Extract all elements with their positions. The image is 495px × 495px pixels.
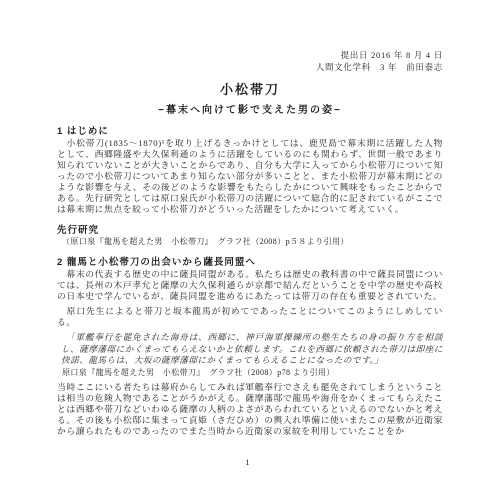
section-heading-prior-research: 先行研究 xyxy=(57,222,443,236)
section2-paragraph-3: 当時ここにいる者たちは幕府からしてみれば軍艦奉行でさえも罷免されてしまうというこ… xyxy=(57,382,443,437)
author-line: 人間文化学科 3 年 前田泰志 xyxy=(57,62,443,74)
page-number: 1 xyxy=(0,457,495,467)
section2-paragraph-2: 原口先生によると帯刀と坂本龍馬が初めてであったことについてこのようにしめしている… xyxy=(57,306,443,328)
introduction-paragraph: 小松帯刀(1835〜1870)¹を取り上げるきっかけとしては、鹿児島で幕末期に活… xyxy=(57,138,443,215)
section-heading-introduction: 1 はじめに xyxy=(57,123,443,137)
document-meta: 提出日 2016 年 8 月 4 日 人間文化学科 3 年 前田泰志 xyxy=(57,50,443,74)
document-page: 提出日 2016 年 8 月 4 日 人間文化学科 3 年 前田泰志 小松帯刀 … xyxy=(0,0,495,495)
submission-date: 提出日 2016 年 8 月 4 日 xyxy=(57,50,443,62)
page-subtitle: −幕末へ向けて影で支えた男の姿− xyxy=(57,101,443,116)
block-quote: 「軍艦奉行を罷免された海舟は、西郷に、神戸海軍操練所の塾生たちの身の振り方を相談… xyxy=(61,332,443,367)
prior-research-citation: （原口泉『龍馬を超えた男 小松帯刀』 グラフ社（2008）p５８より引用） xyxy=(62,237,443,247)
section-heading-ryoma-komatsu: 2 龍馬と小松帯刀の出会いから薩長同盟へ xyxy=(57,254,443,268)
page-title: 小松帯刀 xyxy=(57,79,443,98)
section2-paragraph-1: 幕末の代表する歴史の中に薩長同盟がある。私たちは歴史の教科書の中で薩長同盟につい… xyxy=(57,269,443,302)
quote-citation: 原口泉『龍馬を超えた男 小松帯刀』 グラフ社（2008）p78 より引用） xyxy=(62,368,443,378)
